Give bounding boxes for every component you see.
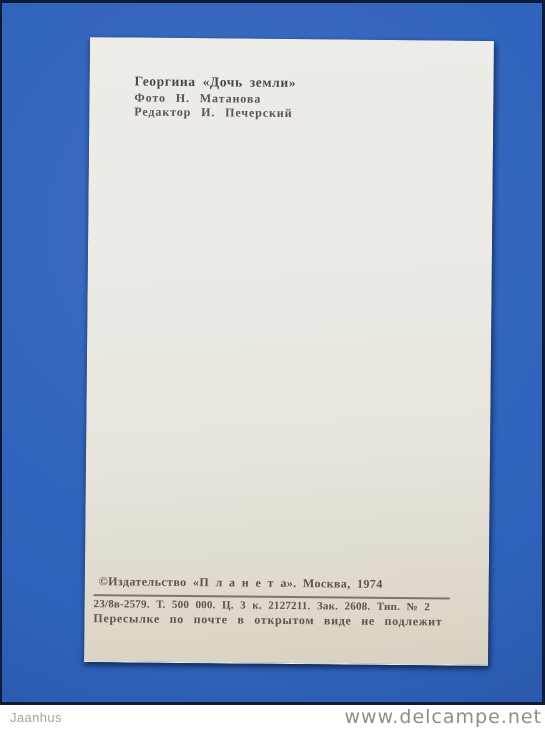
postcard-header: Георгина «Дочь земли» Фото Н. Матанова Р… — [134, 75, 296, 121]
scanned-postcard-photo: Георгина «Дочь земли» Фото Н. Матанова Р… — [0, 0, 545, 730]
editor-credit: Редактор И. Печерский — [134, 105, 296, 120]
publisher-line: ©Издательство «П л а н е т а». Москва, 1… — [94, 574, 466, 593]
watermark-bar: Jaanhus www.delcampe.net — [0, 705, 545, 730]
postcard-title: Георгина «Дочь земли» — [135, 75, 297, 91]
watermark-seller: Jaanhus — [10, 710, 62, 725]
watermark-site: www.delcampe.net — [344, 706, 542, 728]
postcard-footer: ©Издательство «П л а н е т а». Москва, 1… — [93, 574, 465, 628]
mailing-restriction: Пересылке по почте в открытом виде не по… — [93, 612, 465, 629]
postcard-back: Георгина «Дочь земли» Фото Н. Матанова Р… — [84, 37, 494, 666]
